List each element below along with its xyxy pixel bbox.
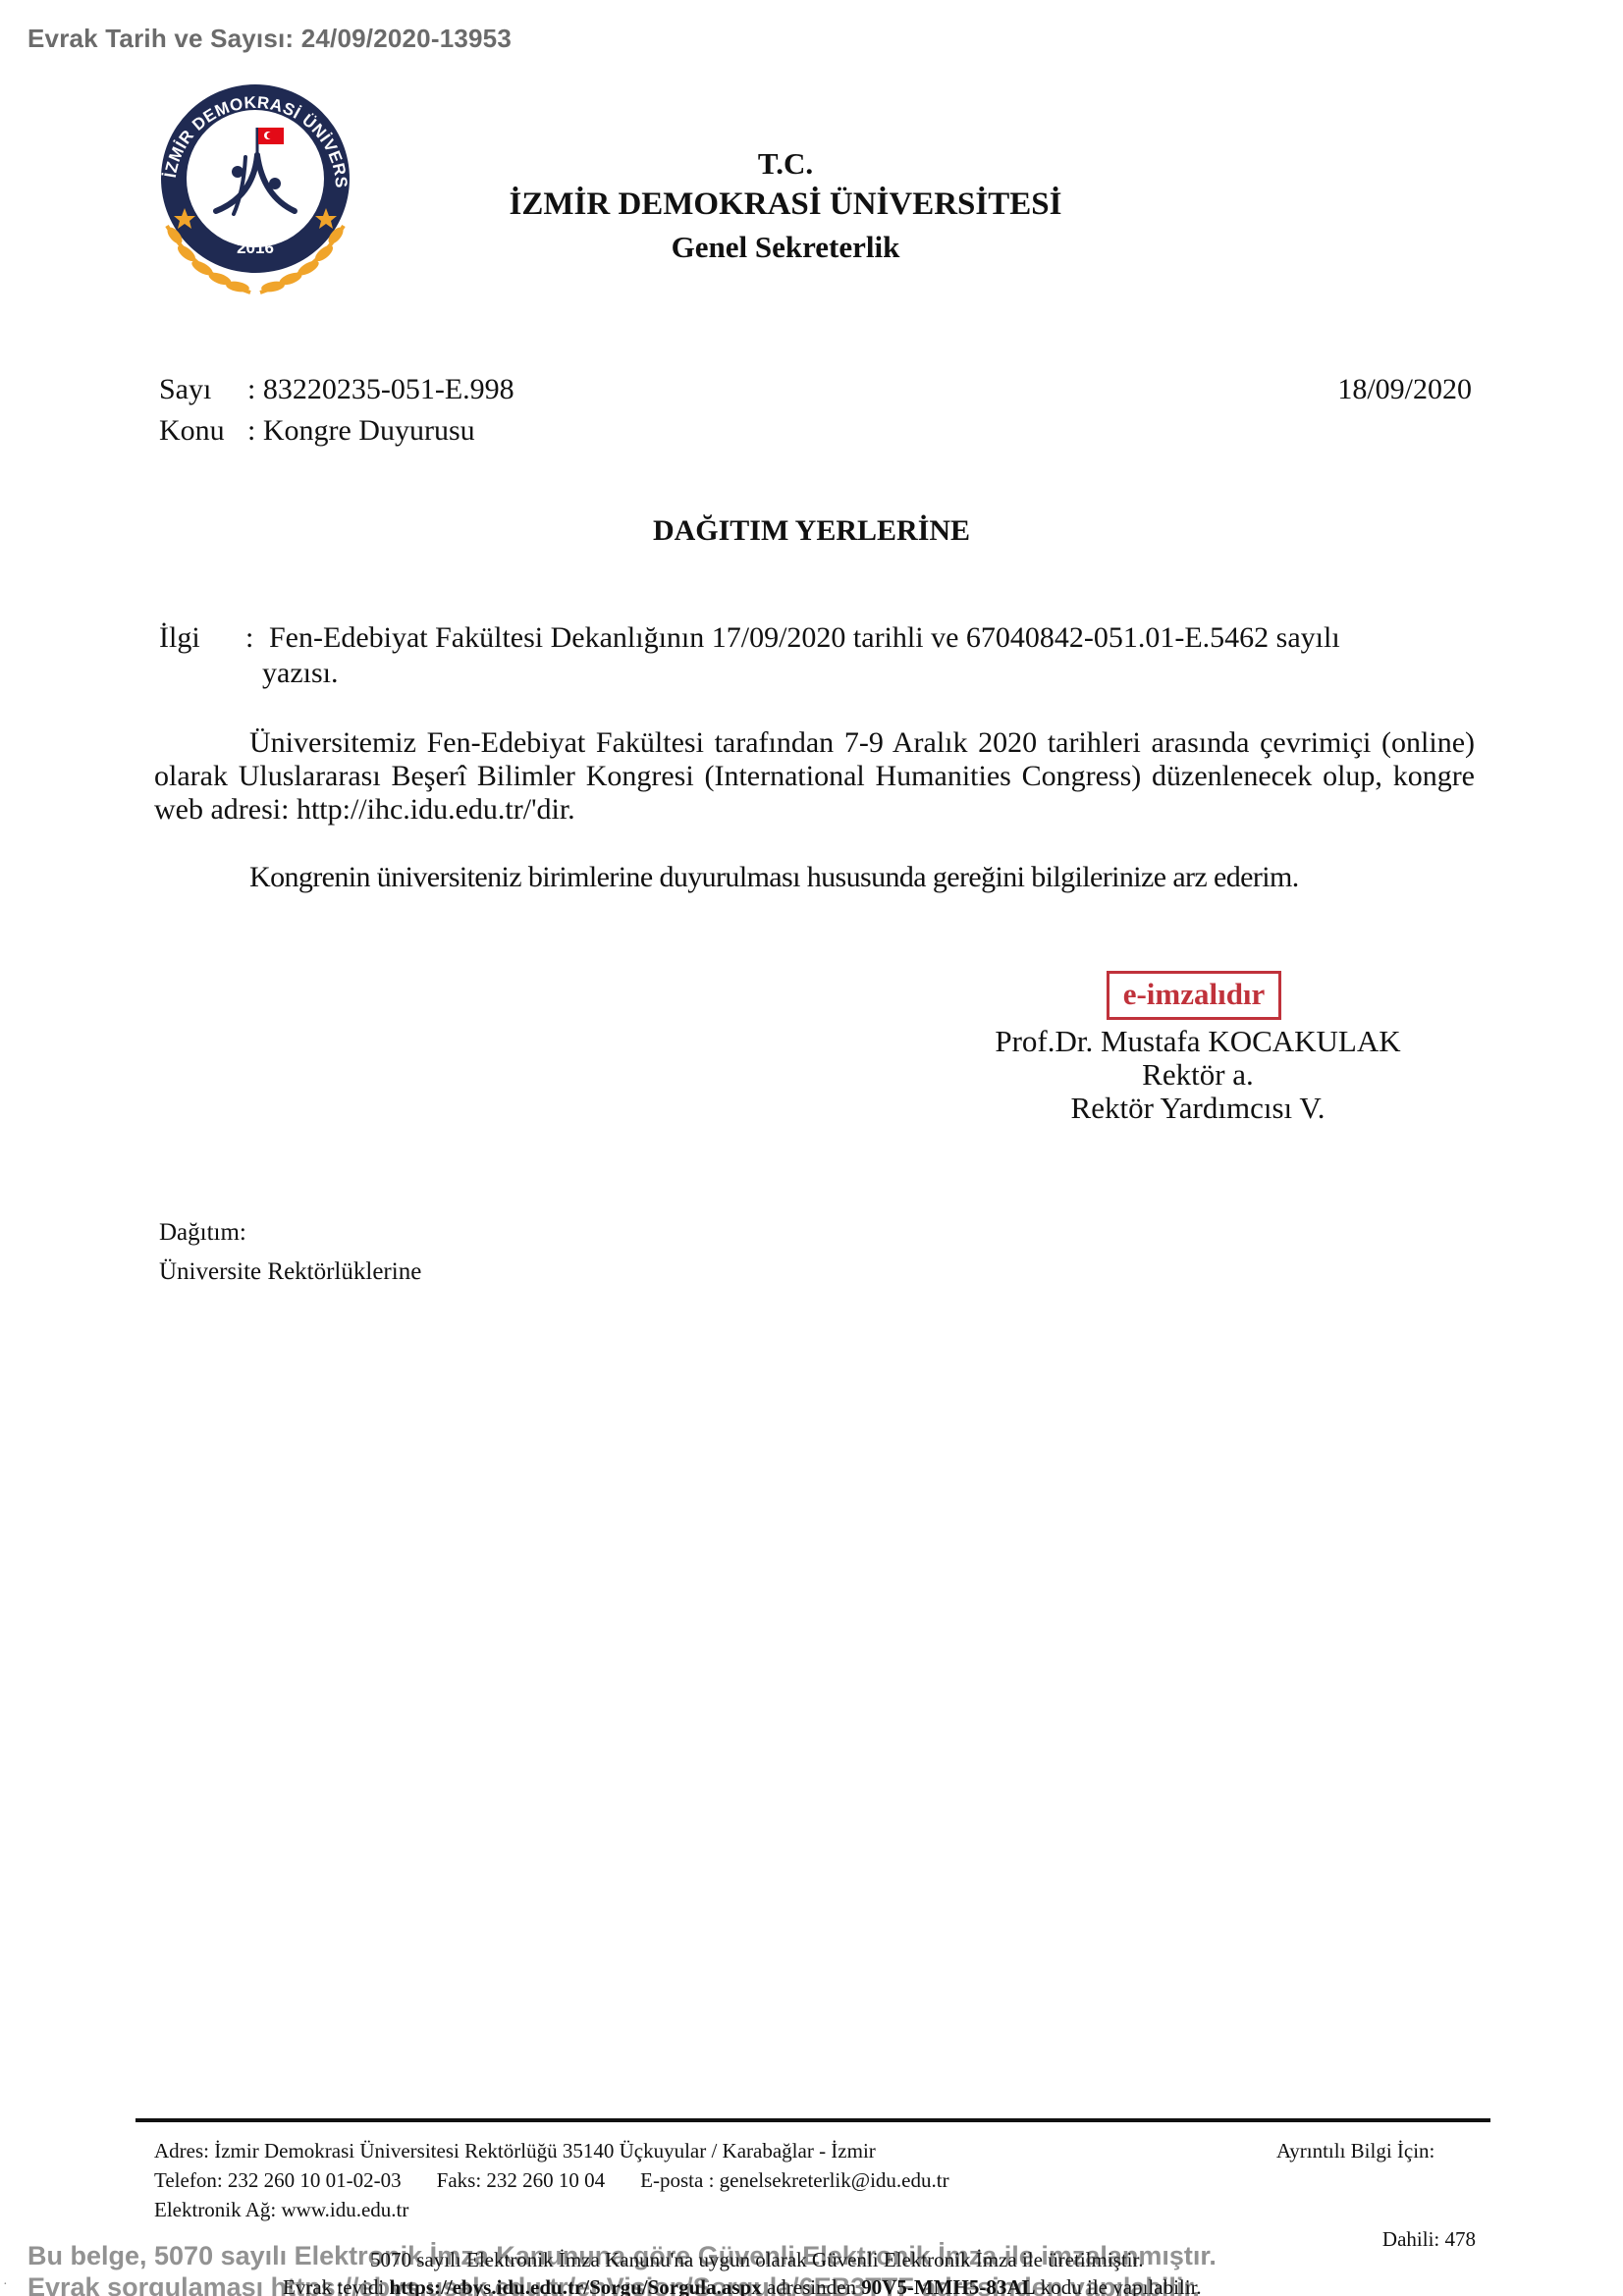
body-paragraph-2: Kongrenin üniversiteniz birimlerine duyu… <box>249 860 1299 895</box>
verification-notice: Evrak teyidi https://ebys.idu.edu.tr/Sor… <box>283 2275 1202 2296</box>
signer-title-2: Rektör Yardımcısı V. <box>943 1092 1453 1125</box>
footer-divider <box>135 2118 1490 2122</box>
footer-details-label: Ayrıntılı Bilgi İçin: <box>1276 2136 1434 2165</box>
footer-phone-fax-email: Telefon: 232 260 10 01-02-03Faks: 232 26… <box>154 2165 949 2195</box>
konu-label: Konu <box>159 410 247 452</box>
ilgi-colon: : <box>245 620 253 656</box>
distribution-item: Üniversite Rektörlüklerine <box>159 1253 421 1292</box>
verification-prefix: Evrak teyidi <box>283 2275 389 2296</box>
verification-code: 90V5-MMH5-83AL <box>861 2275 1035 2296</box>
letterhead-state: T.C. <box>471 145 1100 183</box>
ilgi-text-line2: yazısı. <box>262 656 1475 691</box>
e-signed-badge: e-imzalıdır <box>1107 971 1281 1020</box>
verification-url[interactable]: https://ebys.idu.edu.tr/Sorgu/Sorgula.as… <box>389 2275 761 2296</box>
footer-contact: Adres: İzmir Demokrasi Üniversitesi Rekt… <box>154 2136 949 2224</box>
reference-ilgi: İlgi : Fen-Edebiyat Fakültesi Dekanlığın… <box>159 620 1475 691</box>
document-date-number-stamp: Evrak Tarih ve Sayısı: 24/09/2020-13953 <box>27 24 512 54</box>
reference-number: Sayı: 83220235-051-E.998 <box>159 369 514 410</box>
konu-value: : Kongre Duyurusu <box>247 414 475 447</box>
footer-phone: Telefon: 232 260 10 01-02-03 <box>154 2168 402 2192</box>
signer-title-1: Rektör a. <box>943 1058 1453 1092</box>
subject: Konu: Kongre Duyurusu <box>159 410 475 452</box>
footer-extension: Dahili: 478 <box>1382 2224 1476 2254</box>
verification-mid: adresinden <box>762 2275 861 2296</box>
svg-text:2016: 2016 <box>237 239 274 257</box>
margin-dot: · <box>3 2277 8 2293</box>
addressee-title: DAĞITIM YERLERİNE <box>0 514 1623 548</box>
footer-fax: Faks: 232 260 10 04 <box>437 2168 606 2192</box>
distribution-list: Dağıtım: Üniversite Rektörlüklerine <box>159 1213 421 1292</box>
letterhead: T.C. İZMİR DEMOKRASİ ÜNİVERSİTESİ Genel … <box>471 145 1100 269</box>
ilgi-text-line1: Fen-Edebiyat Fakültesi Dekanlığının 17/0… <box>269 620 1475 656</box>
letterhead-university: İZMİR DEMOKRASİ ÜNİVERSİTESİ <box>471 183 1100 226</box>
footer-address: Adres: İzmir Demokrasi Üniversitesi Rekt… <box>154 2136 949 2165</box>
signer-name: Prof.Dr. Mustafa KOCAKULAK <box>943 1025 1453 1058</box>
ilgi-label: İlgi <box>159 620 200 656</box>
verification-suffix: kodu ile yapılabilir. <box>1036 2275 1202 2296</box>
signature-block: Prof.Dr. Mustafa KOCAKULAK Rektör a. Rek… <box>943 1025 1453 1125</box>
sayi-label: Sayı <box>159 369 247 410</box>
distribution-label: Dağıtım: <box>159 1213 421 1253</box>
letterhead-department: Genel Sekreterlik <box>471 226 1100 269</box>
letter-date: 18/09/2020 <box>1337 369 1472 410</box>
e-signature-notice: 5070 sayılı Elektronik İmza Kanunu'na uy… <box>370 2248 1144 2272</box>
body-paragraph-1-text: Üniversitemiz Fen-Edebiyat Fakültesi tar… <box>154 726 1475 826</box>
university-logo: İZMİR DEMOKRASİ ÜNİVERSİTESİ 2016 <box>147 79 363 304</box>
body-paragraph-1: Üniversitemiz Fen-Edebiyat Fakültesi tar… <box>154 726 1475 827</box>
footer-email[interactable]: E-posta : genelsekreterlik@idu.edu.tr <box>640 2168 948 2192</box>
sayi-value: : 83220235-051-E.998 <box>247 373 514 405</box>
university-seal-icon: İZMİR DEMOKRASİ ÜNİVERSİTESİ 2016 <box>147 79 363 304</box>
footer-web[interactable]: Elektronik Ağ: www.idu.edu.tr <box>154 2195 949 2224</box>
